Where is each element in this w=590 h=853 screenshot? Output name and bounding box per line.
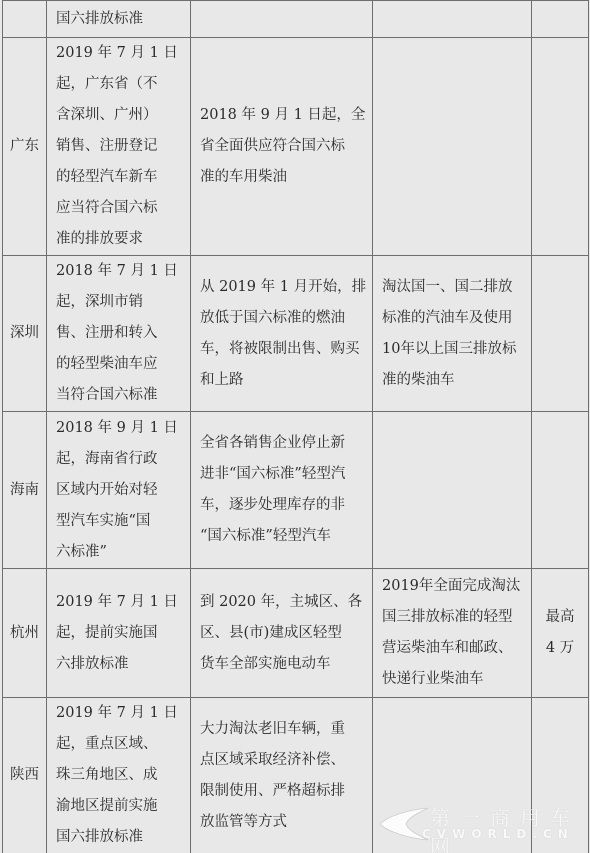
region-cell: 广东 bbox=[3, 38, 47, 256]
subsidy-cell bbox=[532, 38, 589, 256]
table-row: 深圳 2018 年 7 月 1 日 起，深圳市销 售、注册和转入 的轻型柴油车应… bbox=[3, 256, 589, 412]
region-cell: 陕西 bbox=[3, 698, 47, 853]
phase-out-cell: 淘汰国一、国二排放 标准的汽油车及使用 10年以上国三排放标 准的柴油车 bbox=[373, 256, 532, 412]
subsidy-cell bbox=[532, 1, 589, 38]
national6-schedule-cell: 2019 年 7 月 1 日 起，重点区域、 珠三角地区、成 渝地区提前实施 国… bbox=[47, 698, 191, 853]
region-cell: 海南 bbox=[3, 412, 47, 569]
fuel-restrictions-cell: 从 2019 年 1 月开始，排 放低于国六标准的燃油 车，将被限制出售、购买 … bbox=[191, 256, 373, 412]
emission-policy-table: 国六排放标准 广东 2019 年 7 月 1 日 起，广东省（不 含深圳、广州）… bbox=[2, 0, 589, 853]
phase-out-cell bbox=[373, 1, 532, 38]
table-row: 杭州 2019 年 7 月 1 日 起，提前实施国 六排放标准 到 2020 年… bbox=[3, 569, 589, 698]
region-cell: 杭州 bbox=[3, 569, 47, 698]
table-row: 国六排放标准 bbox=[3, 1, 589, 38]
phase-out-cell bbox=[373, 698, 532, 853]
table-row: 海南 2018 年 9 月 1 日 起，海南省行政 区域内开始对轻 型汽车实施“… bbox=[3, 412, 589, 569]
subsidy-cell: 最高 4 万 bbox=[532, 569, 589, 698]
table-row: 广东 2019 年 7 月 1 日 起，广东省（不 含深圳、广州） 销售、注册登… bbox=[3, 38, 589, 256]
subsidy-cell bbox=[532, 256, 589, 412]
fuel-restrictions-cell: 全省各销售企业停止新 进非“国六标准”轻型汽 车，逐步处理库存的非 “国六标准”… bbox=[191, 412, 373, 569]
phase-out-cell: 2019年全面完成淘汰 国三排放标准的轻型 营运柴油车和邮政、 快递行业柴油车 bbox=[373, 569, 532, 698]
subsidy-cell bbox=[532, 698, 589, 853]
subsidy-cell bbox=[532, 412, 589, 569]
national6-schedule-cell: 2019 年 7 月 1 日 起，提前实施国 六排放标准 bbox=[47, 569, 191, 698]
national6-schedule-cell: 2018 年 9 月 1 日 起，海南省行政 区域内开始对轻 型汽车实施“国 六… bbox=[47, 412, 191, 569]
national6-schedule-cell: 2019 年 7 月 1 日 起，广东省（不 含深圳、广州） 销售、注册登记 的… bbox=[47, 38, 191, 256]
fuel-restrictions-cell bbox=[191, 1, 373, 38]
phase-out-cell bbox=[373, 412, 532, 569]
table-row: 陕西 2019 年 7 月 1 日 起，重点区域、 珠三角地区、成 渝地区提前实… bbox=[3, 698, 589, 853]
fuel-restrictions-cell: 2018 年 9 月 1 日起，全 省全面供应符合国六标 准的车用柴油 bbox=[191, 38, 373, 256]
region-cell: 深圳 bbox=[3, 256, 47, 412]
phase-out-cell bbox=[373, 38, 532, 256]
fuel-restrictions-cell: 到 2020 年，主城区、各 区、县(市)建成区轻型 货车全部实施电动车 bbox=[191, 569, 373, 698]
region-cell bbox=[3, 1, 47, 38]
fuel-restrictions-cell: 大力淘汰老旧车辆，重 点区域采取经济补偿、 限制使用、严格超标排 放监管等方式 bbox=[191, 698, 373, 853]
national6-schedule-cell: 2018 年 7 月 1 日 起，深圳市销 售、注册和转入 的轻型柴油车应 当符… bbox=[47, 256, 191, 412]
national6-schedule-cell: 国六排放标准 bbox=[47, 1, 191, 38]
